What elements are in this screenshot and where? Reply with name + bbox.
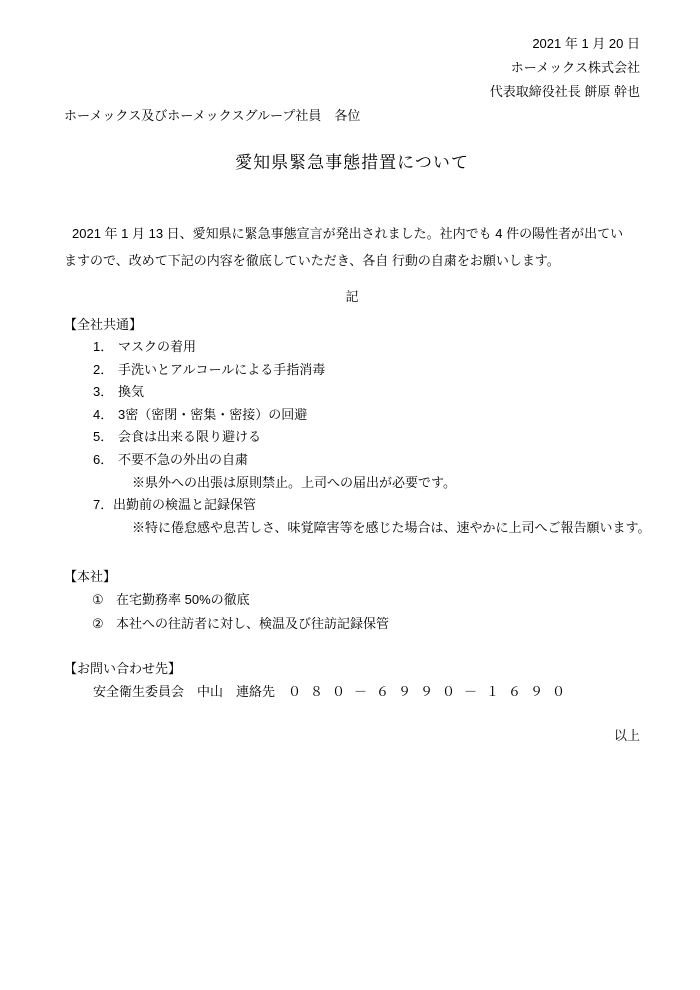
body-paragraph: 2021 年 1 月 13 日、愛知県に緊急事態宣言が発出されました。社内でも … [64, 220, 640, 274]
list-item: 7．出勤前の検温と記録保管 [93, 494, 640, 517]
document-title: 愛知県緊急事態措置について [64, 150, 640, 176]
body-line-1: 2021 年 1 月 13 日、愛知県に緊急事態宣言が発出されました。社内でも … [64, 220, 640, 247]
list-item: 6．不要不急の外出の自粛 [93, 449, 640, 472]
record-marker: 記 [64, 285, 640, 308]
item-number: 1． [93, 336, 118, 359]
list-item: ②本社への往訪者に対し、検温及び往訪記録保管 [92, 612, 640, 636]
note-line: ※県外への出張は原則禁止。上司への届出が必要です。 [93, 472, 640, 495]
section-heading-contact: 【お問い合わせ先】 [64, 657, 640, 680]
item-number: 6． [93, 449, 118, 472]
recipient-line: ホーメックス及びホーメックスグループ社員 各位 [64, 104, 640, 127]
list-item: ①在宅勤務率 50%の徹底 [92, 588, 640, 612]
item-text: 在宅勤務率 50%の徹底 [116, 592, 250, 607]
contact-text: 安全衛生委員会 中山 連絡先 [93, 684, 275, 699]
item-text: 不要不急の外出の自粛 [118, 452, 248, 467]
body-line-2: ますので、改めて下記の内容を徹底していただき、各自 行動の自粛をお願いします。 [64, 247, 640, 274]
section-all-company: 【全社共通】 1．マスクの着用 2．手洗いとアルコールによる手指消毒 3．換気 … [64, 313, 640, 539]
note-line: ※特に倦怠感や息苦しさ、味覚障害等を感じた場合は、速やかに上司へご報告願います。 [93, 517, 640, 540]
document-page: 2021 年 1 月 20 日 ホーメックス株式会社 代表取締役社長 餅原 幹也… [0, 0, 700, 990]
item-text: 出勤前の検温と記録保管 [113, 497, 256, 512]
section-headquarters: 【本社】 ①在宅勤務率 50%の徹底 ②本社への往訪者に対し、検温及び往訪記録保… [64, 565, 640, 636]
contact-phone: ０８０－６９９０－１６９０ [288, 684, 574, 699]
section-contact: 【お問い合わせ先】 安全衛生委員会 中山 連絡先０８０－６９９０－１６９０ [64, 657, 640, 703]
item-text: マスクの着用 [118, 339, 196, 354]
company-name: ホーメックス株式会社 [64, 56, 640, 80]
item-number: ① [92, 588, 116, 612]
list-item: 1．マスクの着用 [93, 336, 640, 359]
headquarters-list: ①在宅勤務率 50%の徹底 ②本社への往訪者に対し、検温及び往訪記録保管 [64, 588, 640, 636]
item-number: 2． [93, 359, 118, 382]
item-number: ② [92, 612, 116, 636]
item-text: 手洗いとアルコールによる手指消毒 [118, 362, 325, 377]
item-text: 会食は出来る限り避ける [118, 429, 261, 444]
item-number: 5． [93, 426, 118, 449]
item-text: 本社への往訪者に対し、検温及び往訪記録保管 [116, 616, 389, 631]
all-company-list: 1．マスクの着用 2．手洗いとアルコールによる手指消毒 3．換気 4．3密（密閉… [64, 336, 640, 539]
contact-line: 安全衛生委員会 中山 連絡先０８０－６９９０－１６９０ [64, 680, 640, 703]
closing-text: 以上 [64, 724, 640, 747]
item-text: 3密（密閉・密集・密接）の回避 [118, 407, 307, 422]
list-item: 5．会食は出来る限り避ける [93, 426, 640, 449]
document-header: 2021 年 1 月 20 日 ホーメックス株式会社 代表取締役社長 餅原 幹也 [64, 32, 640, 104]
item-number: 4． [93, 404, 118, 427]
section-heading-headquarters: 【本社】 [64, 565, 640, 588]
list-item: 4．3密（密閉・密集・密接）の回避 [93, 404, 640, 427]
item-number: 3． [93, 381, 118, 404]
list-item: 2．手洗いとアルコールによる手指消毒 [93, 359, 640, 382]
item-number: 7． [93, 494, 113, 517]
section-heading-all-company: 【全社共通】 [64, 313, 640, 336]
list-item: 3．換気 [93, 381, 640, 404]
issue-date: 2021 年 1 月 20 日 [64, 32, 640, 56]
item-text: 換気 [118, 384, 144, 399]
signer-name: 代表取締役社長 餅原 幹也 [64, 80, 640, 104]
